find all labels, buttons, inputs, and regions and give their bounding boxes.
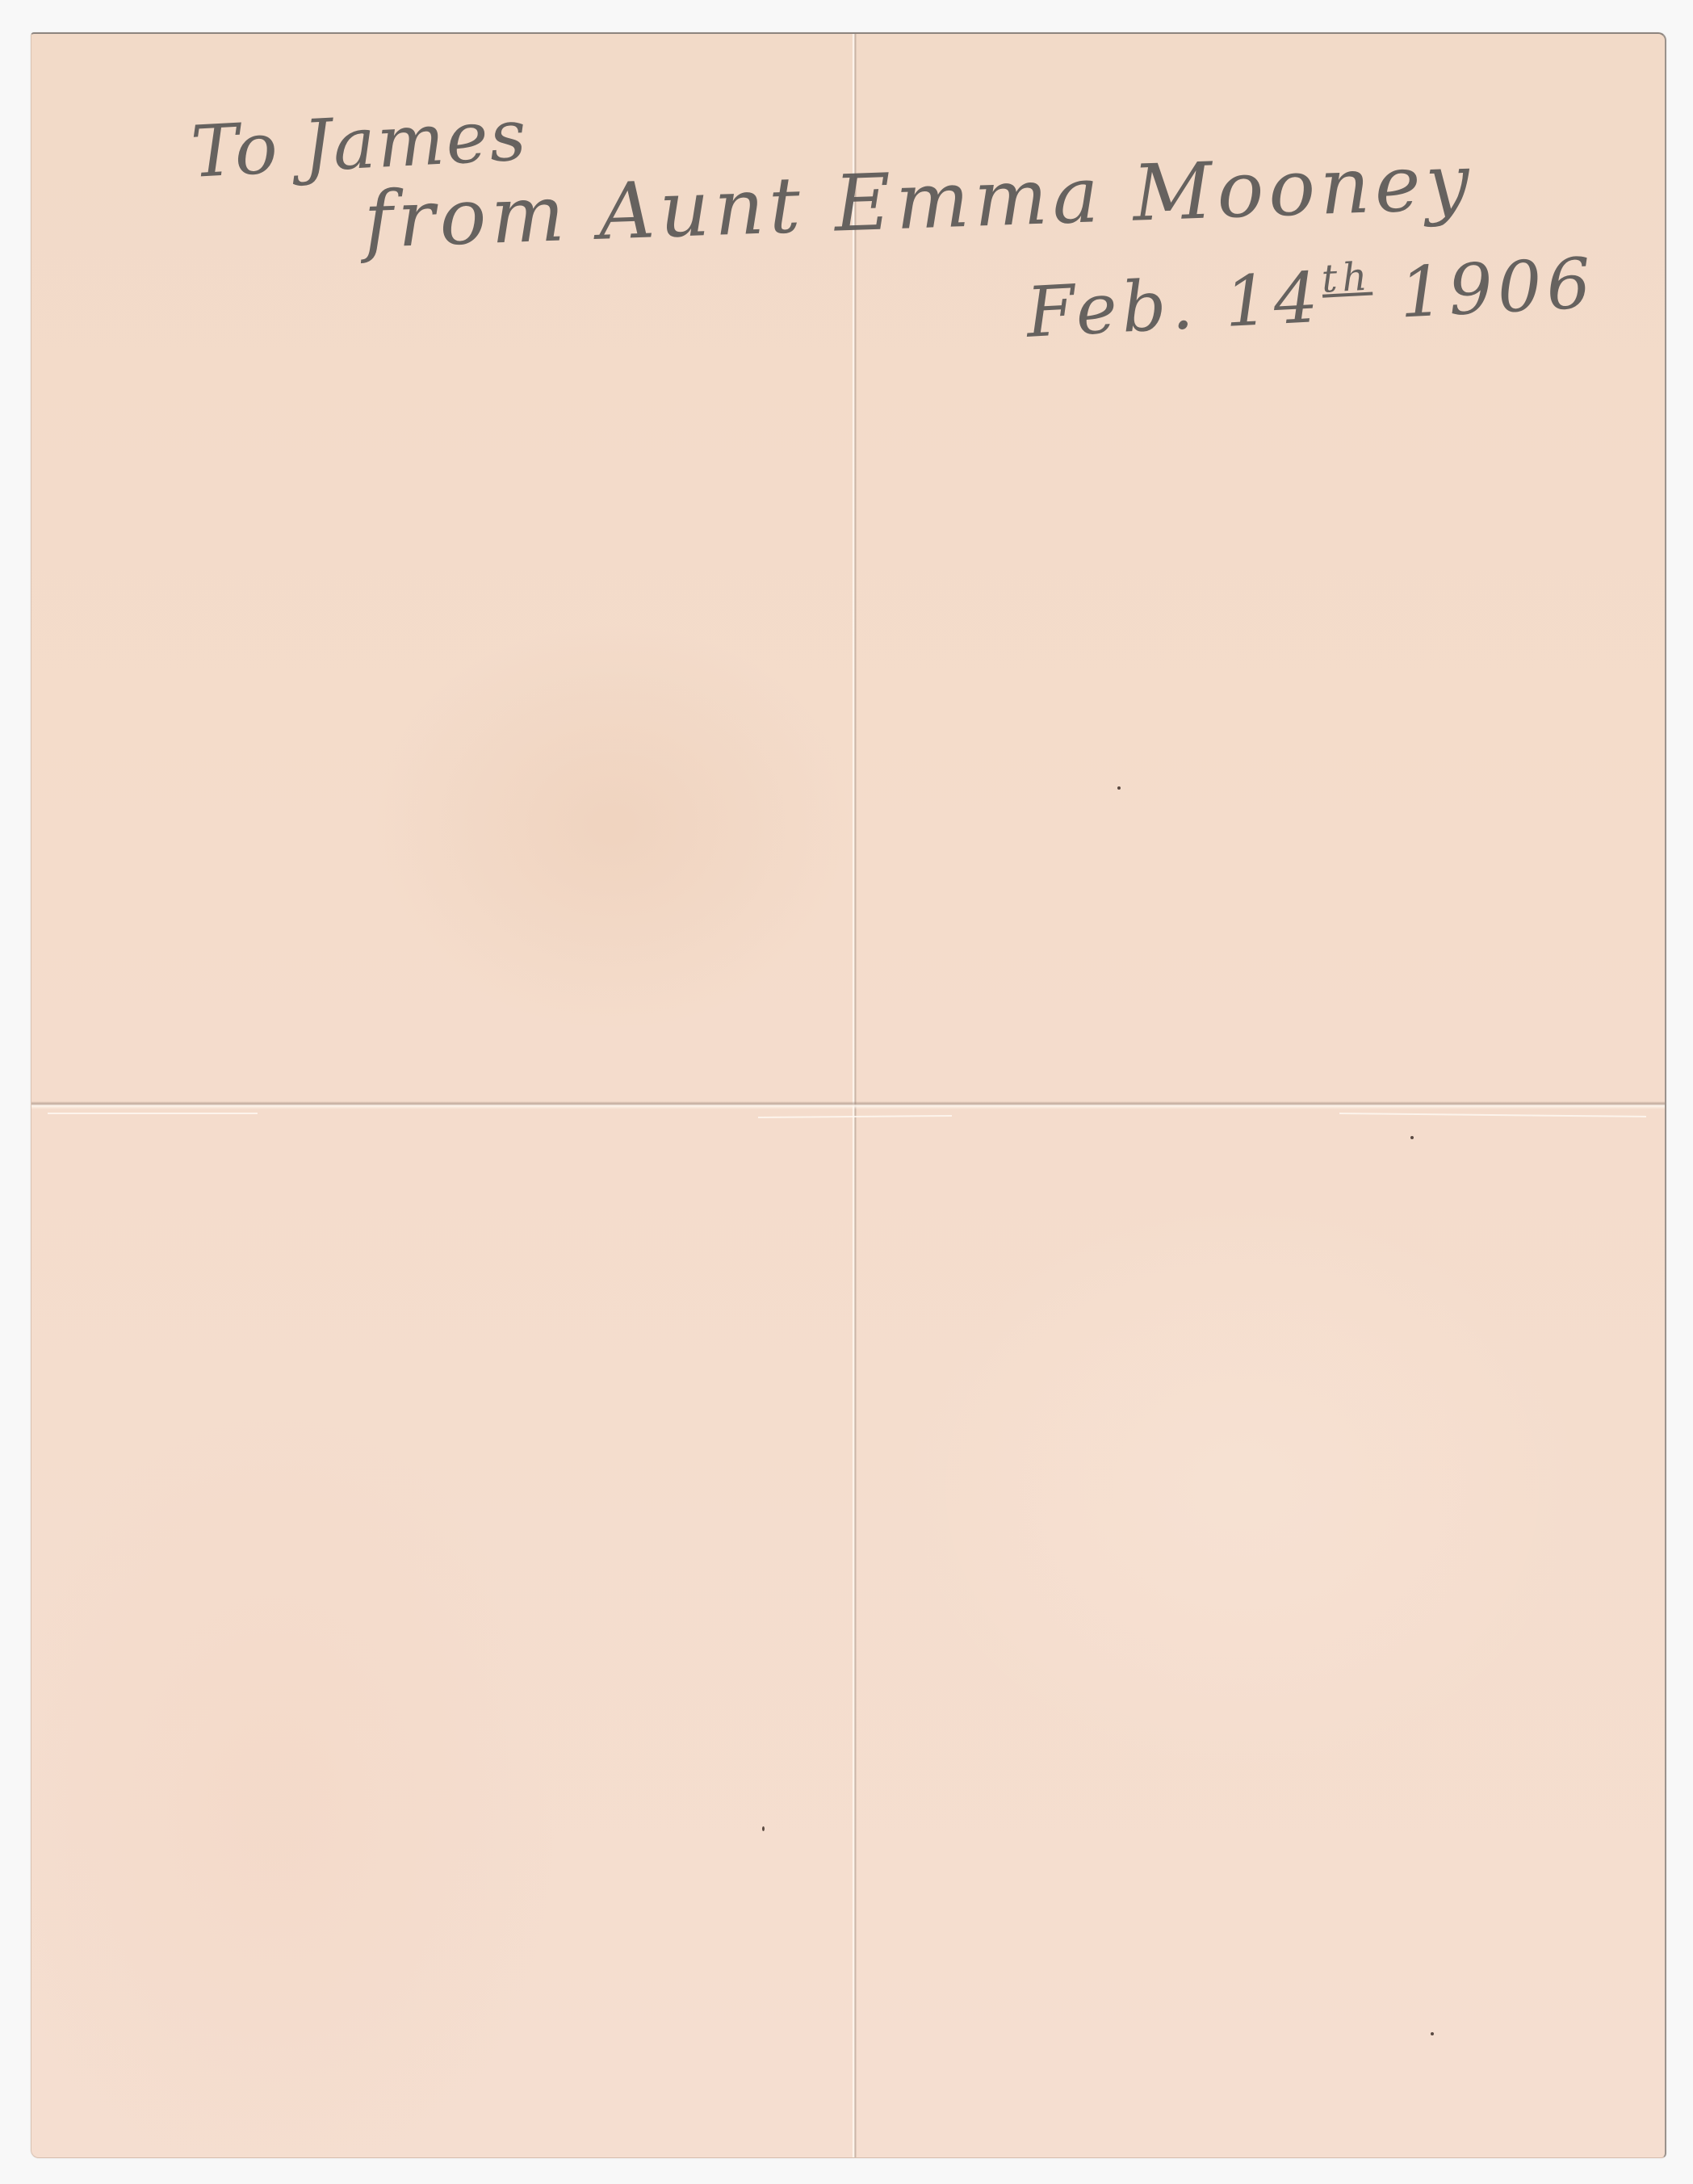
date-day: 14: [1222, 258, 1325, 343]
ink-speck: [1431, 2032, 1434, 2035]
date-year: 1906: [1398, 243, 1598, 334]
ink-speck: [1410, 1136, 1414, 1139]
date-month: Feb.: [1025, 264, 1200, 354]
horizontal-fold-line: [31, 1101, 1665, 1109]
inscription-date: Feb. 14th 1906: [1025, 242, 1598, 354]
ink-speck: [762, 1826, 765, 1831]
vertical-fold-line: [853, 34, 857, 2157]
date-suffix: th: [1321, 254, 1373, 302]
letter-sheet: To James from Aunt Emma Mooney Feb. 14th…: [31, 32, 1666, 2158]
ink-speck: [1117, 786, 1121, 790]
crease-wrinkle: [1339, 1113, 1646, 1117]
crease-wrinkle: [48, 1113, 258, 1114]
inscription-sender: from Aunt Emma Mooney: [362, 136, 1476, 266]
